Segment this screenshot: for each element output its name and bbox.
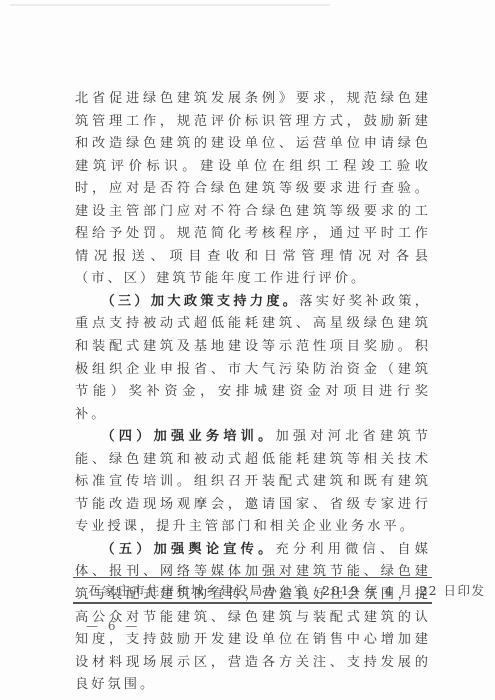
section-heading-4: （四）加强业务培训。: [101, 429, 275, 444]
document-body: 北省促进绿色建筑发展条例》要求，规范绿色建筑管理工作，规范评价标识管理方式，鼓励…: [75, 88, 431, 697]
paragraph-policy-support: （三）加大政策支持力度。落实好奖补政策，重点支持被动式超低能耗建筑、高星级绿色建…: [75, 291, 431, 426]
issuing-office: 石家庄市住房和城乡建设局办公室: [88, 581, 309, 599]
footer-rule-top: [73, 577, 432, 578]
page-number: — 6 —: [86, 619, 140, 633]
paragraph-continuation: 北省促进绿色建筑发展条例》要求，规范绿色建筑管理工作，规范评价标识管理方式，鼓励…: [75, 88, 431, 291]
section-heading-5: （五）加强舆论宣传。: [101, 542, 275, 557]
document-page: 北省促进绿色建筑发展条例》要求，规范绿色建筑管理工作，规范评价标识管理方式，鼓励…: [0, 0, 495, 700]
paragraph-text: 北省促进绿色建筑发展条例》要求，规范绿色建筑管理工作，规范评价标识管理方式，鼓励…: [75, 91, 431, 286]
paragraph-publicity: （五）加强舆论宣传。充分利用微信、自媒体、报刊、网络等媒体加强对建筑节能、绿色建…: [75, 539, 431, 697]
footer-rule-bottom: [73, 602, 432, 604]
scan-edge-artifact: [10, 4, 330, 6]
paragraph-text: 充分利用微信、自媒体、报刊、网络等媒体加强对建筑节能、绿色建筑与装配式建筑的宣传…: [75, 542, 431, 692]
paragraph-text: 落实好奖补政策，重点支持被动式超低能耗建筑、高星级绿色建筑和装配式建筑及基地建设…: [75, 294, 431, 422]
paragraph-training: （四）加强业务培训。加强对河北省建筑节能、绿色建筑和被动式超低能耗建筑等相关技术…: [75, 426, 431, 539]
issue-date: 2019 年 4 月 22 日印发: [322, 581, 486, 599]
section-heading-3: （三）加大政策支持力度。: [101, 294, 299, 309]
paragraph-text: 加强对河北省建筑节能、绿色建筑和被动式超低能耗建筑等相关技术标准宣传培训。组织召…: [75, 429, 431, 534]
